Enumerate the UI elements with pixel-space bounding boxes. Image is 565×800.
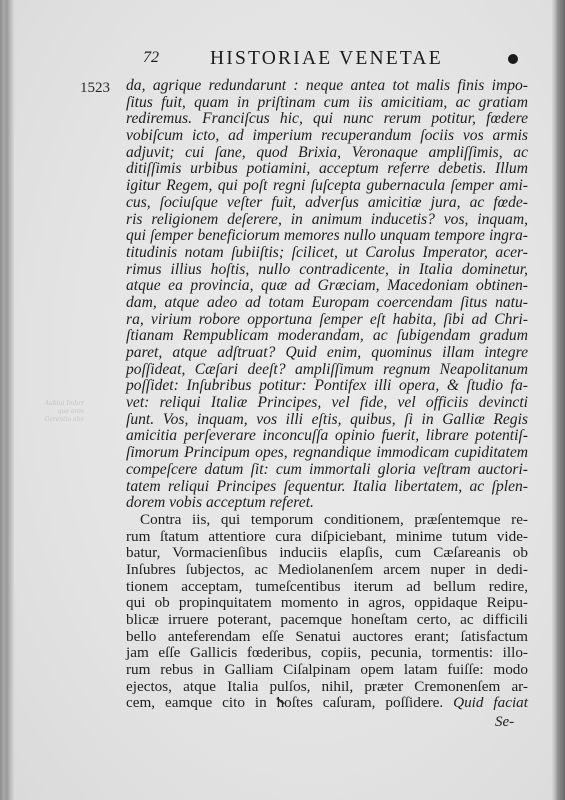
italic-run: Quid faciat <box>453 694 528 711</box>
speech-paragraph: da, agrique redundarunt : neque antea to… <box>126 78 528 512</box>
text-line: ditiſſimis urbibus potiamini, acceptum r… <box>126 161 528 178</box>
text-line: rum rebus in Galliam Ciſalpinam opem lat… <box>126 662 528 679</box>
text-line: tionem acceptam, tumeſcentibus iterum ad… <box>126 579 528 596</box>
text-line: vet: reliqui Italiæ Principes, vel fide,… <box>126 395 528 412</box>
page-number: 72 <box>143 49 159 67</box>
text-line: tatem reliqui Principes ſequentur. Itali… <box>126 479 528 496</box>
margin-year-note: 1523 <box>80 80 110 97</box>
text-line: poſſidet: Inſubribus potitur: Pontifex i… <box>126 378 528 395</box>
text-line: blicæ irruere poterant, pacemque honeſta… <box>126 612 528 629</box>
text-line: vobiſcum icto, ad imperium recuperandum … <box>126 128 528 145</box>
text-line: rediremus. Franciſcus hic, qui nunc reru… <box>126 111 528 128</box>
bleed-through-text: Aubiui Imbrr que eros Gerentio abe <box>34 400 84 424</box>
running-title: HISTORIAE VENETAE <box>210 48 443 70</box>
page-outer-edge <box>552 0 565 800</box>
text-line: batur, Vormacienſibus induciis elapſis, … <box>126 545 528 562</box>
text-line: bello anteferendam eſſe Senatui auctores… <box>126 629 528 646</box>
text-line: compeſcere datum ſit: cum immortali glor… <box>126 462 528 479</box>
text-line: ra, virium robore opportuna ſemper eſt h… <box>126 312 528 329</box>
text-line: ſimorum Principum opes, regnandique immo… <box>126 445 528 462</box>
text-line: cus, ſociuſque veſter fuit, adverſus ami… <box>126 195 528 212</box>
text-line: amicitia perſeverare inconcuſſa opinio f… <box>126 428 528 445</box>
text-line: ſtianam Rempublicam moderandam, ac ſubig… <box>126 328 528 345</box>
text-line: poſſideat, Cæſari deeſt? ampliſſimum reg… <box>126 362 528 379</box>
text-line: ſitus fuit, quam in priſtinam cum iis am… <box>126 95 528 112</box>
text-line: dorem vobis acceptum referet. <box>126 495 528 512</box>
text-line: ris religionem deſerere, in animum induc… <box>126 212 528 229</box>
text-line: Inſubres ſubjectos, ac Mediolanenſem arc… <box>126 562 528 579</box>
text-line: atque ea provincia, quæ ad Græciam, Mace… <box>126 278 528 295</box>
text-line: ſunt. Vos, inquam, vos illi eſtis, quibu… <box>126 412 528 429</box>
text-line: igitur Regem, qui poſt regni ſuſcepta gu… <box>126 178 528 195</box>
text-line: qui ſemper beneficiorum memores nullo un… <box>126 228 528 245</box>
text-line: Contra iis, qui temporum conditionem, pr… <box>126 512 528 529</box>
body-text: da, agrique redundarunt : neque antea to… <box>126 78 528 712</box>
running-header: 72 HISTORIAE VENETAE <box>0 49 565 71</box>
binding-shadow <box>0 0 14 800</box>
scanned-book-page: Aubiui Imbrr que eros Gerentio abe 72 HI… <box>0 0 565 800</box>
narrative-paragraph: Contra iis, qui temporum conditionem, pr… <box>126 512 528 712</box>
text-line: rum ſtatum attentiore cura diſpiciebant,… <box>126 529 528 546</box>
text-line: dam, atque adeo ad totam Europam coercen… <box>126 295 528 312</box>
text-line: ejectos, atque Italia pulſos, nihil, præ… <box>126 679 528 696</box>
text-line: da, agrique redundarunt : neque antea to… <box>126 78 528 95</box>
ink-blot <box>508 54 518 64</box>
text-line: titudinis notam ſubiiſtis; ſcilicet, ut … <box>126 245 528 262</box>
text-line: qui ob propinquitatem momento in agros, … <box>126 595 528 612</box>
roman-run: cem, eamque cito in hoſtes caſuram, poſſ… <box>126 694 453 711</box>
text-line: paret, atque adſtruat? Quid enim, quomin… <box>126 345 528 362</box>
text-line-final: cem, eamque cito in hoſtes caſuram, poſſ… <box>126 695 528 712</box>
catchword: Se- <box>495 714 514 731</box>
text-line: jam eſſe Gallicis fœderibus, copiis, pec… <box>126 645 528 662</box>
text-line: rimus illius hoſtis, nullo contradicente… <box>126 262 528 279</box>
text-line: adjuvit; cui ſane, quod Brixia, Veronaqu… <box>126 145 528 162</box>
